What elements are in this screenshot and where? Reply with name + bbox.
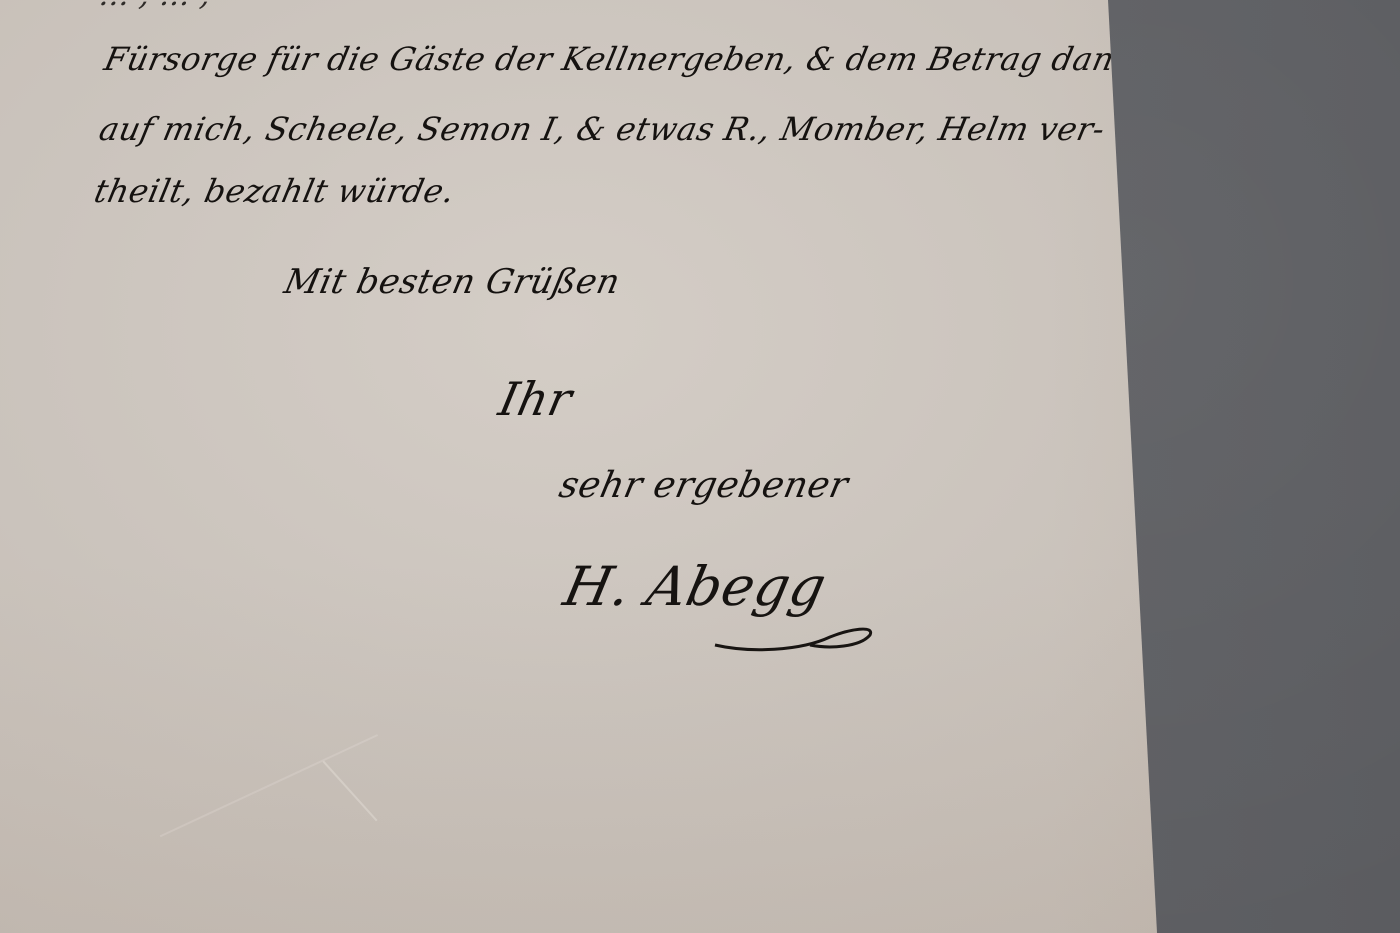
letter-line: theilt, bezahlt würde. [91,172,458,210]
letter-line: auf mich, Scheele, Semon I, & etwas R., … [96,110,1109,148]
letter-line: Fürsorge für die Gäste der Kellnergeben,… [101,40,1139,78]
paper-crease [160,734,421,928]
signature-flourish-icon [710,615,880,655]
paper-crease [322,761,377,822]
letter-line-partial: … , … , [96,0,215,13]
closing-greeting: Mit besten Grüßen [281,262,624,302]
closing-phrase: sehr ergebener [556,465,852,506]
signature: H. Abegg [558,555,831,618]
salutation: Ihr [494,372,577,426]
